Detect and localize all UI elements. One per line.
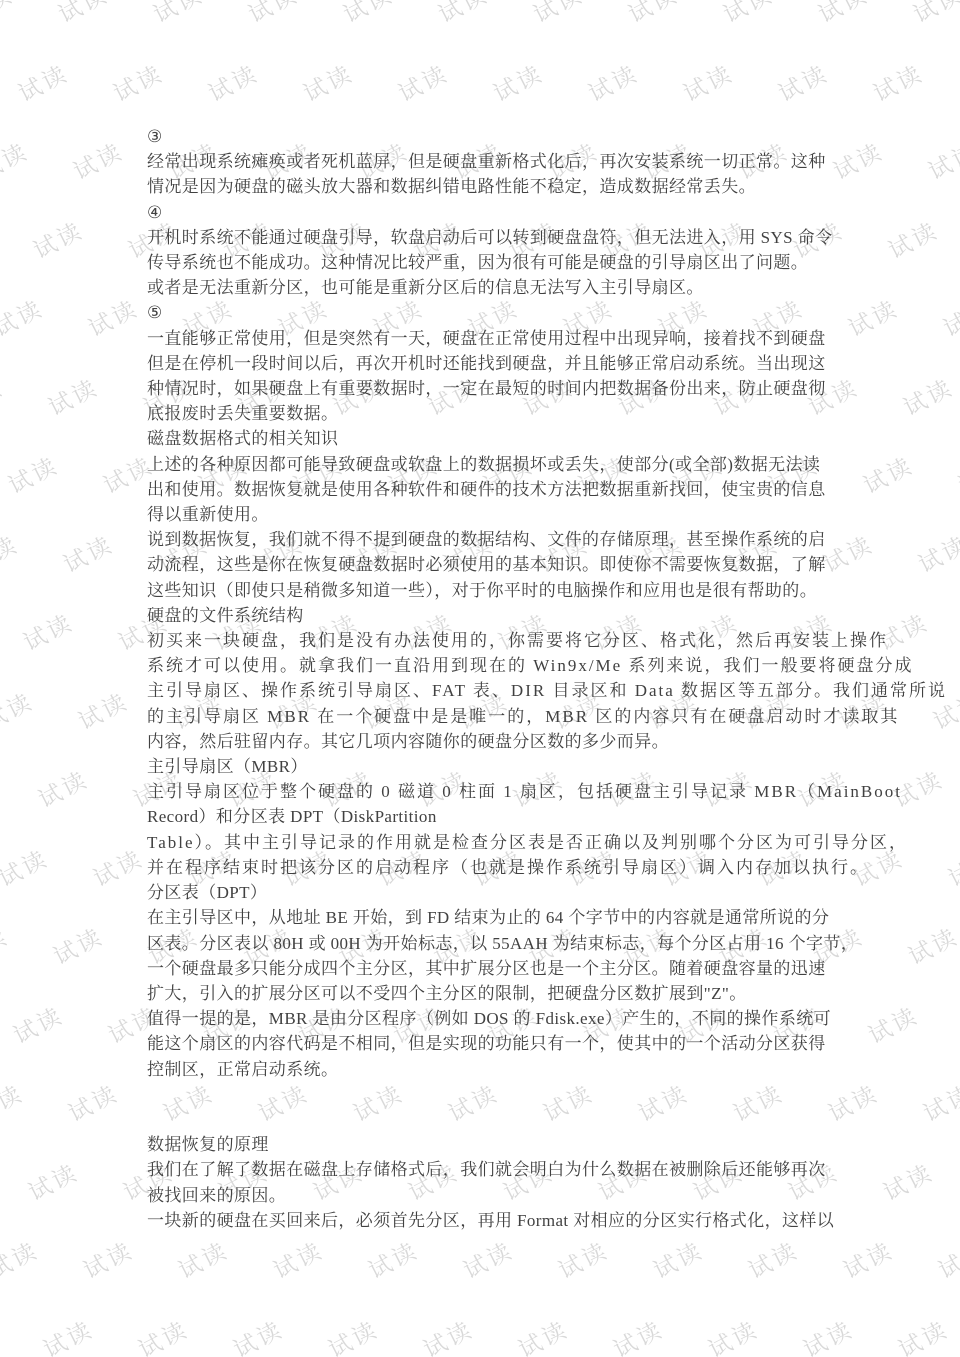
watermark-text: 试读 — [516, 1318, 573, 1357]
text-line: 在主引导区中，从地址 BE 开始，到 FD 结束为止的 64 个字节中的内容就是… — [147, 905, 917, 930]
watermark-text: 试读 — [81, 1239, 138, 1283]
watermark-text: 试读 — [36, 768, 93, 812]
text-line: 上述的各种原因都可能导致硬盘或软盘上的数据损坏或丢失，使部分(或全部)数据无法读 — [147, 452, 917, 477]
watermark-text: 试读 — [801, 1318, 858, 1357]
watermark-text: 试读 — [176, 1239, 233, 1283]
watermark-text: 试读 — [706, 1318, 763, 1357]
watermark-text: 试读 — [46, 376, 103, 420]
text-line: Table）。其中主引导记录的作用就是检查分区表是否正确以及判别哪个分区为可引导… — [147, 830, 917, 855]
watermark-text: 试读 — [0, 1239, 42, 1283]
watermark-text: 试读 — [206, 62, 263, 106]
watermark-text: 试读 — [556, 1239, 613, 1283]
watermark-text: 试读 — [246, 0, 303, 28]
watermark-text: 试读 — [51, 925, 108, 969]
text-line: 区表。分区表以 80H 或 00H 为开始标志，以 55AAH 为结束标志，每个… — [147, 931, 917, 956]
text-line: 我们在了解了数据在磁盘上存储格式后，我们就会明白为什么数据在被删除后还能够再次 — [147, 1157, 917, 1182]
watermark-text: 试读 — [491, 62, 548, 106]
text-line: 系统才可以使用。就拿我们一直沿用到现在的 Win9x/Me 系列来说，我们一般要… — [147, 653, 917, 678]
watermark-text: 试读 — [721, 0, 778, 28]
watermark-text: 试读 — [921, 1082, 960, 1126]
document-text-block: ③经常出现系统瘫痪或者死机蓝屏，但是硬盘重新格式化后，再次安装系统一切正常。这种… — [147, 124, 917, 1233]
watermark-text: 试读 — [776, 62, 833, 106]
watermark-text: 试读 — [56, 0, 113, 28]
text-line: Record）和分区表 DPT（DiskPartition — [147, 804, 917, 829]
watermark-text: 试读 — [0, 1082, 27, 1126]
watermark-text: 试读 — [421, 1318, 478, 1357]
watermark-text: 试读 — [61, 533, 118, 577]
section-heading: 数据恢复的原理 — [147, 1132, 917, 1157]
watermark-text: 试读 — [326, 1318, 383, 1357]
text-line: 情况是因为硬盘的磁头放大器和数据纠错电路性能不稳定，造成数据经常丢失。 — [147, 174, 917, 199]
text-line: 一直能够正常使用，但是突然有一天，硬盘在正常使用过程中出现异响，接着找不到硬盘 — [147, 326, 917, 351]
watermark-text: 试读 — [301, 62, 358, 106]
text-line: 控制区，正常启动系统。 — [147, 1057, 917, 1082]
text-line: 底报废时丢失重要数据。 — [147, 401, 917, 426]
watermark-text: 试读 — [41, 1318, 98, 1357]
watermark-text: 试读 — [271, 1239, 328, 1283]
list-marker: ④ — [147, 200, 917, 225]
text-line: 能这个扇区的内容代码是不相同，但是实现的功能只有一个，使其中的一个活动分区获得 — [147, 1031, 917, 1056]
watermark-text: 试读 — [681, 62, 738, 106]
text-line: 主引导扇区、操作系统引导扇区、FAT 表、DIR 目录区和 Data 数据区等五… — [147, 678, 917, 703]
watermark-text: 试读 — [911, 0, 960, 28]
text-line: 被找回来的原因。 — [147, 1183, 917, 1208]
watermark-text: 试读 — [0, 925, 12, 969]
text-line: 一块新的硬盘在买回来后，必须首先分区，再用 Format 对相应的分区实行格式化… — [147, 1208, 917, 1233]
watermark-text: 试读 — [871, 62, 928, 106]
watermark-text: 试读 — [0, 1318, 2, 1357]
text-line: 并在程序结束时把该分区的启动程序（也就是操作系统引导扇区）调入内存加以执行。 — [147, 855, 917, 880]
watermark-text: 试读 — [936, 1239, 960, 1283]
text-line: 出和使用。数据恢复就是使用各种软件和硬件的技术方法把数据重新找回，使宝贵的信息 — [147, 477, 917, 502]
watermark-text: 试读 — [946, 847, 960, 891]
watermark-text: 试读 — [66, 1082, 123, 1126]
section-heading: 分区表（DPT） — [147, 880, 917, 905]
watermark-text: 试读 — [926, 140, 960, 184]
text-line: 传导系统也不能成功。这种情况比较严重，因为很有可能是硬盘的引导扇区出了问题。 — [147, 250, 917, 275]
text-line: 或者是无法重新分区，也可能是重新分区后的信息无法写入主引导扇区。 — [147, 275, 917, 300]
document-page: 试读试读试读试读试读试读试读试读试读试读试读试读试读试读试读试读试读试读试读试读… — [0, 0, 960, 1357]
text-line: 动流程，这些是你在恢复硬盘数据时必须使用的基本知识。即使你不需要恢复数据，了解 — [147, 552, 917, 577]
text-line: 一个硬盘最多只能分成四个主分区，其中扩展分区也是一个主分区。随着硬盘容量的迅速 — [147, 956, 917, 981]
watermark-text: 试读 — [531, 0, 588, 28]
text-line: 主引导扇区位于整个硬盘的 0 磁道 0 柱面 1 扇区，包括硬盘主引导记录 MB… — [147, 779, 917, 804]
watermark-text: 试读 — [76, 690, 133, 734]
blank-line — [147, 1082, 917, 1107]
watermark-text: 试读 — [0, 297, 47, 341]
watermark-text: 试读 — [746, 1239, 803, 1283]
watermark-text: 试读 — [86, 297, 143, 341]
watermark-text: 试读 — [586, 62, 643, 106]
list-marker: ③ — [147, 124, 917, 149]
watermark-text: 试读 — [231, 1318, 288, 1357]
text-line: 但是在停机一段时间以后，再次开机时还能找到硬盘，并且能够正常启动系统。当出现这 — [147, 351, 917, 376]
watermark-text: 试读 — [916, 533, 960, 577]
watermark-text: 试读 — [11, 1004, 68, 1048]
watermark-text: 试读 — [626, 0, 683, 28]
watermark-text: 试读 — [111, 62, 168, 106]
watermark-text: 试读 — [71, 140, 128, 184]
text-line: 值得一提的是，MBR 是由分区程序（例如 DOS 的 Fdisk.exe）产生的… — [147, 1006, 917, 1031]
watermark-text: 试读 — [21, 611, 78, 655]
watermark-text: 试读 — [341, 0, 398, 28]
watermark-text: 试读 — [16, 62, 73, 106]
watermark-text: 试读 — [461, 1239, 518, 1283]
watermark-text: 试读 — [611, 1318, 668, 1357]
watermark-text: 试读 — [31, 219, 88, 263]
text-line: 得以重新使用。 — [147, 502, 917, 527]
text-line: 种情况时，如果硬盘上有重要数据时，一定在最短的时间内把数据备份出来，防止硬盘彻 — [147, 376, 917, 401]
watermark-text: 试读 — [0, 690, 37, 734]
watermark-text: 试读 — [0, 140, 32, 184]
watermark-text: 试读 — [841, 1239, 898, 1283]
text-line: 扩大，引入的扩展分区可以不受四个主分区的限制，把硬盘分区数扩展到"Z"。 — [147, 981, 917, 1006]
watermark-text: 试读 — [26, 1161, 83, 1205]
section-heading: 主引导扇区（MBR） — [147, 754, 917, 779]
watermark-text: 试读 — [941, 297, 960, 341]
watermark-text: 试读 — [651, 1239, 708, 1283]
watermark-text: 试读 — [0, 0, 17, 28]
watermark-text: 试读 — [366, 1239, 423, 1283]
watermark-text: 试读 — [6, 454, 63, 498]
watermark-text: 试读 — [0, 376, 7, 420]
watermark-text: 试读 — [436, 0, 493, 28]
watermark-text: 试读 — [91, 847, 148, 891]
text-line: 经常出现系统瘫痪或者死机蓝屏，但是硬盘重新格式化后，再次安装系统一切正常。这种 — [147, 149, 917, 174]
watermark-text: 试读 — [956, 454, 960, 498]
text-line: 初买来一块硬盘，我们是没有办法使用的，你需要将它分区、格式化，然后再安装上操作 — [147, 628, 917, 653]
watermark-text: 试读 — [136, 1318, 193, 1357]
text-line: 的主引导扇区 MBR 在一个硬盘中是是唯一的，MBR 区的内容只有在硬盘启动时才… — [147, 704, 917, 729]
watermark-text: 试读 — [896, 1318, 953, 1357]
text-line: 这些知识（即使只是稍微多知道一些），对于你平时的电脑操作和应用也是很有帮助的。 — [147, 578, 917, 603]
list-marker: ⑤ — [147, 300, 917, 325]
watermark-text: 试读 — [816, 0, 873, 28]
watermark-text: 试读 — [0, 533, 22, 577]
watermark-text: 试读 — [0, 847, 52, 891]
section-heading: 磁盘数据格式的相关知识 — [147, 426, 917, 451]
section-heading: 硬盘的文件系统结构 — [147, 603, 917, 628]
text-line: 开机时系统不能通过硬盘引导，软盘启动后可以转到硬盘盘符，但无法进入，用 SYS … — [147, 225, 917, 250]
blank-line — [147, 1107, 917, 1132]
watermark-text: 试读 — [151, 0, 208, 28]
text-line: 内容，然后驻留内存。其它几项内容随你的硬盘分区数的多少而异。 — [147, 729, 917, 754]
text-line: 说到数据恢复，我们就不得不提到硬盘的数据结构、文件的存储原理，甚至操作系统的启 — [147, 527, 917, 552]
watermark-text: 试读 — [396, 62, 453, 106]
